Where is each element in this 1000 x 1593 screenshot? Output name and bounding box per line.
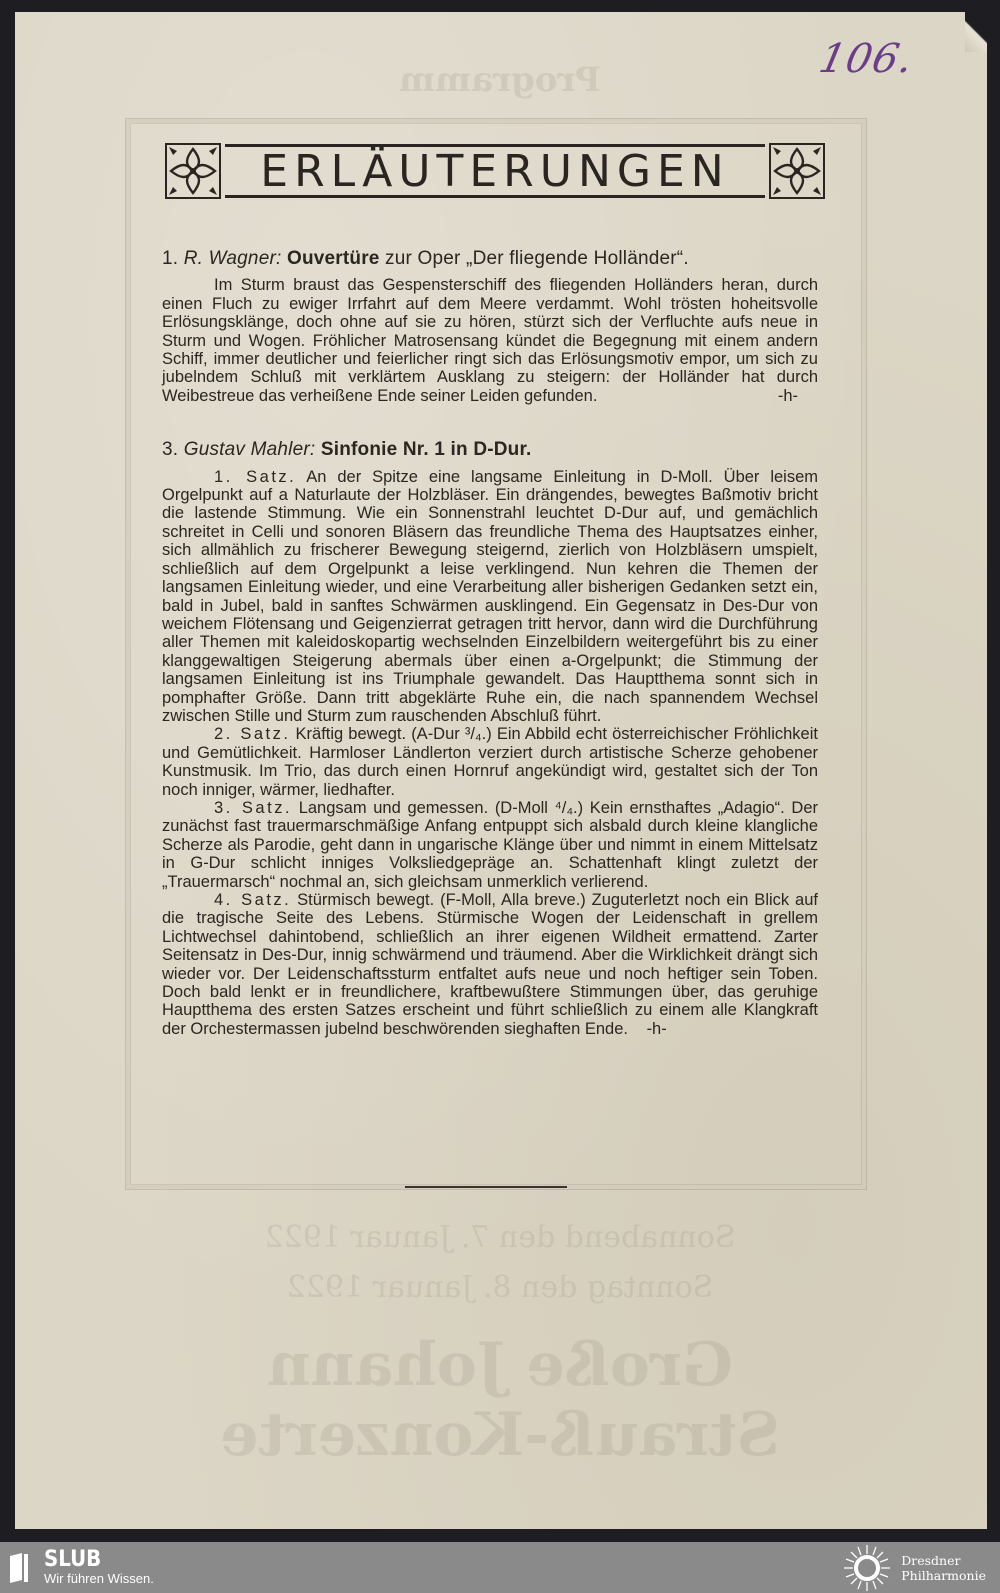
dresdner-philharmonie-brand[interactable]: Dresdner Philharmonie [843,1544,986,1592]
piece-number: 3. [162,439,178,460]
floral-ornament-icon [769,143,825,199]
bleed-through-text: Große Johann Strauß-Konzerte [180,1330,820,1470]
work-title: Ouvertüre [287,248,380,269]
page-title: ERLÄUTERUNGEN [260,146,729,197]
movement-paragraph: 3. Satz. Langsam und gemessen. (D-Moll ⁴… [162,799,818,891]
movement-paragraph: 4. Satz. Stürmisch bewegt. (F-Moll, Alla… [162,891,818,1038]
slub-name: SLUB [44,1549,154,1571]
section-mahler: 3. Gustav Mahler: Sinfonie Nr. 1 in D-Du… [162,441,818,1038]
paragraph-text: An der Spitze eine langsame Einleitung i… [162,468,818,725]
author-signature: -h- [647,1020,667,1038]
sunburst-logo-icon [843,1544,891,1592]
floral-ornament-icon [165,143,221,199]
movement-label: 4. Satz. [214,891,291,909]
movement-paragraph: 2. Satz. Kräftig bewegt. (A-Dur ³/₄.) Ei… [162,725,818,799]
paragraph-text: Im Sturm braust das Gespensterschiff des… [162,276,818,404]
bleed-through-text: Sonntag den 8. Januar 1922 [180,1270,820,1305]
bleed-through-text: Programm [180,60,820,100]
handwritten-folio-number: 106. [815,36,918,82]
piece-heading: 3. Gustav Mahler: Sinfonie Nr. 1 in D-Du… [162,441,818,459]
book-icon [8,1552,30,1584]
description-paragraph: Im Sturm braust das Gespensterschiff des… [162,276,818,405]
work-title-rest: zur Oper „Der fliegende Holländer“. [380,248,689,269]
author-signature: -h- [726,387,798,405]
dp-name-line1: Dresdner [901,1553,986,1568]
composer-name: Gustav Mahler: [184,439,316,460]
movement-paragraph: 1. Satz. An der Spitze eine langsame Ein… [162,468,818,726]
footer-bar: SLUB Wir führen Wissen. Dresdner Philhar… [0,1542,1000,1593]
title-frame: ERLÄUTERUNGEN [225,144,765,198]
movement-label: 3. Satz. [214,799,292,817]
composer-name: R. Wagner: [184,248,282,269]
section-wagner: 1. R. Wagner: Ouvertüre zur Oper „Der fl… [162,250,818,405]
section-header: ERLÄUTERUNGEN [165,140,825,202]
piece-heading: 1. R. Wagner: Ouvertüre zur Oper „Der fl… [162,250,818,268]
program-notes: 1. R. Wagner: Ouvertüre zur Oper „Der fl… [162,250,818,1074]
movement-label: 1. Satz. [214,468,296,486]
section-divider-line [405,1186,567,1188]
paragraph-text: Stürmisch bewegt. (F-Moll, Alla breve.) … [162,891,818,1038]
bleed-through-text: Sonnabend den 7. Januar 1922 [180,1220,820,1255]
piece-number: 1. [162,248,178,269]
work-title: Sinfonie Nr. 1 in D-Dur. [321,439,532,460]
movement-label: 2. Satz. [214,725,290,743]
folded-corner [965,12,987,52]
dp-name-line2: Philharmonie [901,1568,986,1583]
slub-tagline: Wir führen Wissen. [44,1571,154,1587]
slub-brand[interactable]: SLUB Wir führen Wissen. [8,1549,154,1587]
